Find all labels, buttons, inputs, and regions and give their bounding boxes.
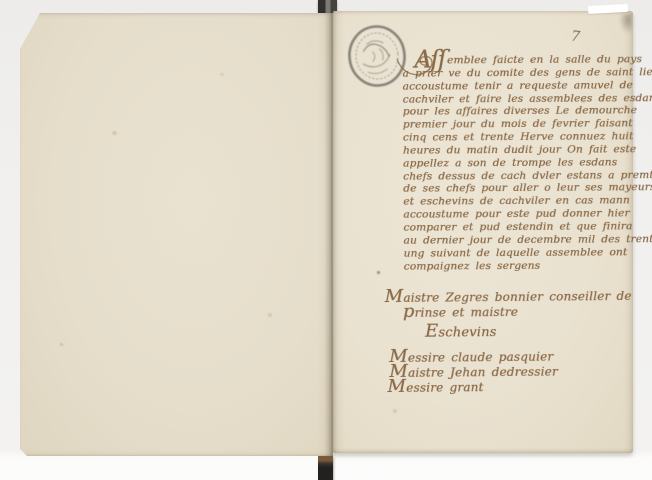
- manuscript-paragraph: Aſſemblee faicte en la salle du pays a p…: [402, 53, 625, 273]
- foxing-spot: [268, 313, 272, 317]
- page-corner-smudge: [619, 14, 632, 34]
- right-page-manuscript: 7 Aſſemblee faicte en la salle du pays a…: [333, 11, 633, 453]
- manuscript-line: appellez a son de trompe les esdans: [403, 156, 625, 170]
- foxing-spot: [581, 99, 586, 103]
- decorated-initial: Aſſ: [414, 55, 445, 63]
- manuscript-line: a prier ve du comite des gens de saint l…: [402, 66, 624, 80]
- manuscript-line: Aſſemblee faicte en la salle du pays: [402, 53, 624, 67]
- folio-number: 7: [570, 29, 581, 46]
- left-page-blank: [20, 13, 333, 456]
- foxing-spot: [112, 131, 117, 135]
- attendee-name: Maistre Zegres bonnier conseiller de: [385, 284, 625, 301]
- manuscript-line: comparer et pud estendin et que finira: [403, 220, 625, 234]
- attendees-heading: Eschevins: [425, 319, 625, 336]
- manuscript-line: compaignez les sergens: [404, 259, 626, 273]
- manuscript-line: au dernier jour de decembre mil des tren…: [403, 233, 625, 247]
- foxing-spot: [393, 409, 397, 413]
- manuscript-line: ung suivant de laquelle assemblee ont: [404, 246, 626, 260]
- manuscript-line-text: emblee faicte en la salle du pays: [447, 53, 642, 66]
- manuscript-line: accoustume tenir a requeste amuvel de: [402, 79, 624, 93]
- foxing-spot: [60, 343, 63, 346]
- manuscript-line: cinq cens et trente Herve connuez huit: [403, 130, 625, 144]
- foxing-spot: [220, 73, 224, 76]
- ink-speck: [377, 271, 380, 274]
- manuscript-line: heures du matin dudit jour On fait este: [403, 143, 625, 157]
- binding-strap-bottom: [318, 456, 333, 480]
- attendees-list: Maistre Zegres bonnier conseiller de pri…: [385, 284, 626, 391]
- photo-background: 7 Aſſemblee faicte en la salle du pays a…: [0, 0, 652, 480]
